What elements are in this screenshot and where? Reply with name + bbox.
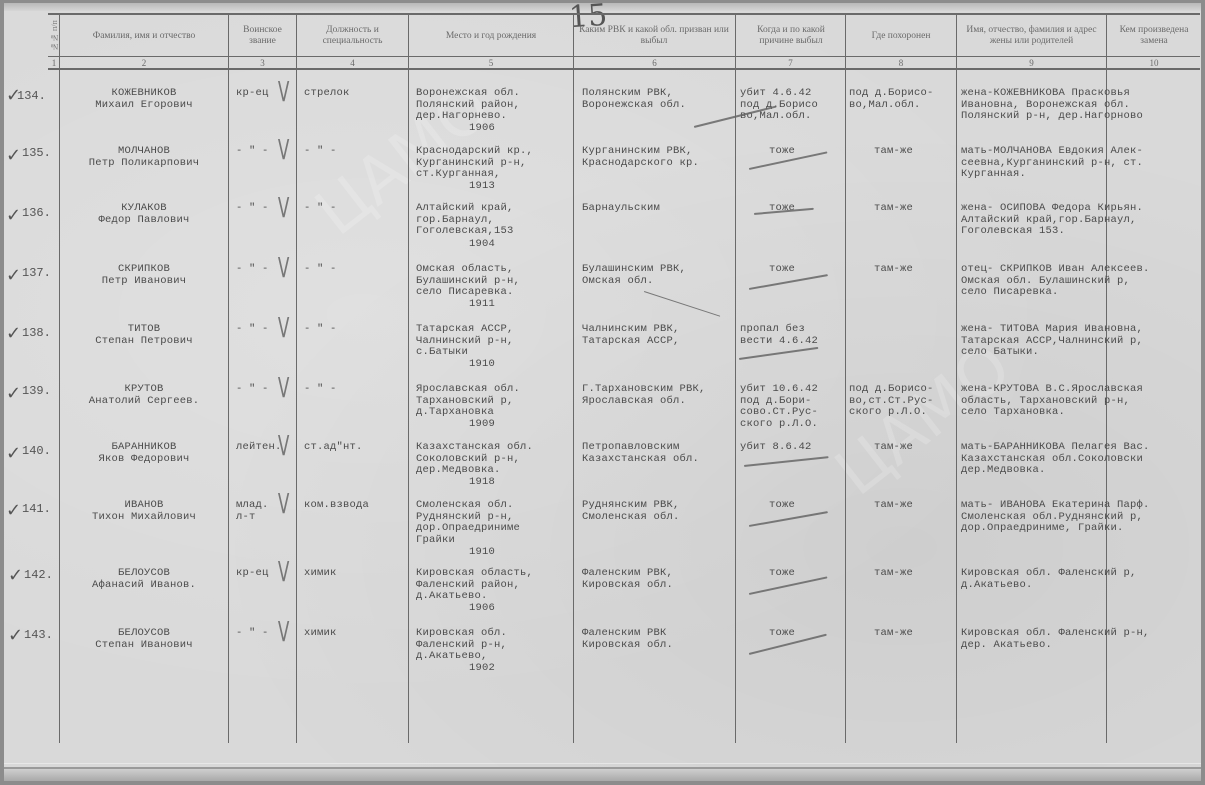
header-col-6-label: Каким РВК и какой обл. призван или выбыл bbox=[579, 15, 729, 57]
rank-check-icon: V bbox=[278, 133, 289, 166]
check-mark-icon: ✓ bbox=[6, 205, 21, 226]
position: - " - bbox=[304, 264, 337, 276]
pencil-stroke bbox=[749, 511, 828, 527]
column-divider bbox=[408, 13, 409, 743]
relatives: Кировская обл. Фаленский р, д.Акатьево. bbox=[961, 568, 1137, 591]
column-divider bbox=[845, 13, 846, 743]
check-mark-icon: ✓ bbox=[8, 625, 23, 646]
military-rank: - " - bbox=[236, 203, 269, 215]
soldier-name: КРУТОВ Анатолий Сергеев. bbox=[64, 384, 224, 407]
check-mark-icon: ✓ bbox=[6, 265, 21, 286]
birth-year: 1906 bbox=[469, 603, 495, 615]
birth-place: Омская область, Булашинский р-н, село Пи… bbox=[416, 264, 520, 299]
position: - " - bbox=[304, 324, 337, 336]
loss-reason: убит 4.6.42 под д.Борисо во,Мал.обл. bbox=[740, 88, 818, 123]
draft-office: Фаленским РВК Кировская обл. bbox=[582, 628, 673, 651]
column-divider bbox=[228, 13, 229, 743]
header-col-8-num: 8 bbox=[846, 58, 956, 68]
birth-place: Кировская область, Фаленский район, д.Ак… bbox=[416, 568, 533, 603]
header-col-5-num: 5 bbox=[409, 58, 573, 68]
birth-place: Смоленская обл. Руднянский р-н, дор.Опра… bbox=[416, 500, 520, 546]
military-rank: - " - bbox=[236, 628, 269, 640]
draft-office: Полянским РВК, Воронежская обл. bbox=[582, 88, 686, 111]
loss-reason: тоже bbox=[769, 146, 795, 158]
birth-year: 1913 bbox=[469, 181, 495, 193]
header-col-3-num: 3 bbox=[229, 58, 296, 68]
check-mark-icon: ✓ bbox=[6, 145, 21, 166]
rank-check-icon: V bbox=[278, 615, 289, 648]
rank-check-icon: V bbox=[278, 75, 289, 108]
relatives: жена-КОЖЕВНИКОВА Прасковья Ивановна, Вор… bbox=[961, 88, 1143, 123]
header-col-4-num: 4 bbox=[297, 58, 408, 68]
birth-year: 1911 bbox=[469, 299, 495, 311]
check-mark-icon: ✓ bbox=[6, 323, 21, 344]
header-col-5-label: Место и год рождения bbox=[409, 15, 573, 57]
position: ком.взвода bbox=[304, 500, 369, 512]
military-rank: кр-ец bbox=[236, 88, 269, 100]
birth-place: Алтайский край, гор.Барнаул, Гоголевская… bbox=[416, 203, 514, 238]
military-rank: млад. л-т bbox=[236, 500, 269, 523]
soldier-name: ИВАНОВ Тихон Михайлович bbox=[64, 500, 224, 523]
position: ст.ад"нт. bbox=[304, 442, 363, 454]
row-number: 142. bbox=[24, 568, 53, 582]
relatives: жена-КРУТОВА В.С.Ярославская область, Та… bbox=[961, 384, 1143, 419]
birth-year: 1910 bbox=[469, 547, 495, 559]
draft-office: Руднянским РВК, Смоленская обл. bbox=[582, 500, 680, 523]
draft-office: Булашинским РВК, Омская обл. bbox=[582, 264, 686, 287]
birth-place: Татарская АССР, Чалнинский р-н, с.Батыки bbox=[416, 324, 514, 359]
relatives: мать-МОЛЧАНОВА Евдокия Алек- сеевна,Кург… bbox=[961, 146, 1143, 181]
draft-office: Петропавловским Казахстанская обл. bbox=[582, 442, 699, 465]
relatives: отец- СКРИПКОВ Иван Алексеев. Омская обл… bbox=[961, 264, 1150, 299]
header-col-1-num: 1 bbox=[48, 58, 60, 68]
relatives: жена- ТИТОВА Мария Ивановна, Татарская А… bbox=[961, 324, 1143, 359]
pencil-stroke bbox=[644, 291, 720, 317]
paper-crease bbox=[4, 763, 1201, 764]
position: химик bbox=[304, 568, 337, 580]
document-page: ЦАМО ЦАМО 15 №№ п/п Фамилия, имя и отчес… bbox=[4, 3, 1201, 781]
relatives: Кировская обл. Фаленский р-н, дер. Акать… bbox=[961, 628, 1150, 651]
military-rank: кр-ец bbox=[236, 568, 269, 580]
rank-check-icon: V bbox=[278, 191, 289, 224]
draft-office: Чалнинским РВК, Татарская АССР, bbox=[582, 324, 680, 347]
loss-reason: пропал без вести 4.6.42 bbox=[740, 324, 818, 347]
row-number: 143. bbox=[24, 628, 53, 642]
header-col-1-label: №№ п/п bbox=[50, 15, 60, 57]
header-col-6-num: 6 bbox=[574, 58, 735, 68]
check-mark-icon: ✓ bbox=[6, 500, 21, 521]
loss-reason: убит 8.6.42 bbox=[740, 442, 812, 454]
row-number: 137. bbox=[22, 266, 51, 280]
row-number: 138. bbox=[22, 326, 51, 340]
row-number: 141. bbox=[22, 502, 51, 516]
header-col-10-num: 10 bbox=[1107, 58, 1201, 68]
burial-place: там-же bbox=[874, 146, 913, 158]
military-rank: - " - bbox=[236, 264, 269, 276]
pencil-stroke bbox=[739, 347, 818, 360]
loss-reason: убит 10.6.42 под д.Бори- сово.Ст.Рус- ск… bbox=[740, 384, 818, 430]
row-number: 134. bbox=[17, 89, 46, 103]
pencil-stroke bbox=[749, 274, 828, 290]
soldier-name: ТИТОВ Степан Петрович bbox=[64, 324, 224, 347]
rank-check-icon: V bbox=[278, 487, 289, 520]
birth-year: 1918 bbox=[469, 477, 495, 489]
check-mark-icon: ✓ bbox=[6, 443, 21, 464]
burial-place: там-же bbox=[874, 264, 913, 276]
soldier-name: БЕЛОУСОВ Афанасий Иванов. bbox=[64, 568, 224, 591]
check-mark-icon: ✓ bbox=[6, 383, 21, 404]
birth-year: 1904 bbox=[469, 239, 495, 251]
column-divider bbox=[956, 13, 957, 743]
birth-place: Кировская обл. Фаленский р-н, д.Акатьево… bbox=[416, 628, 507, 663]
position: - " - bbox=[304, 146, 337, 158]
burial-place: под д.Борисо- во,Мал.обл. bbox=[849, 88, 934, 111]
position: стрелок bbox=[304, 88, 350, 100]
header-col-7-num: 7 bbox=[736, 58, 845, 68]
birth-year: 1909 bbox=[469, 419, 495, 431]
loss-reason: тоже bbox=[769, 264, 795, 276]
rank-check-icon: V bbox=[278, 371, 289, 404]
burial-place: там-же bbox=[874, 500, 913, 512]
burial-place: под д.Борисо- во,ст.Ст.Рус- ского р.Л.О. bbox=[849, 384, 934, 419]
draft-office: Г.Тархановским РВК, Ярославская обл. bbox=[582, 384, 706, 407]
birth-place: Воронежская обл. Полянский район, дер.На… bbox=[416, 88, 520, 123]
row-number: 135. bbox=[22, 146, 51, 160]
burial-place: там-же bbox=[874, 568, 913, 580]
birth-year: 1910 bbox=[469, 359, 495, 371]
draft-office: Курганинским РВК, Краснодарского кр. bbox=[582, 146, 699, 169]
header-col-8-label: Где похоронен bbox=[846, 15, 956, 57]
burial-place: там-же bbox=[874, 628, 913, 640]
birth-place: Казахстанская обл. Соколовский р-н, дер.… bbox=[416, 442, 533, 477]
position: - " - bbox=[304, 384, 337, 396]
check-mark-icon: ✓ bbox=[8, 565, 23, 586]
column-divider bbox=[59, 13, 60, 743]
military-rank: - " - bbox=[236, 324, 269, 336]
burial-place: там-же bbox=[874, 203, 913, 215]
soldier-name: СКРИПКОВ Петр Иванович bbox=[64, 264, 224, 287]
column-divider bbox=[296, 13, 297, 743]
draft-office: Барнаульским bbox=[582, 203, 660, 215]
birth-year: 1906 bbox=[469, 123, 495, 135]
relatives: мать- ИВАНОВА Екатерина Парф. Смоленская… bbox=[961, 500, 1150, 535]
soldier-name: МОЛЧАНОВ Петр Поликарпович bbox=[64, 146, 224, 169]
column-divider bbox=[735, 13, 736, 743]
relatives: мать-БАРАННИКОВА Пелагея Вас. Казахстанс… bbox=[961, 442, 1150, 477]
page-bottom-edge bbox=[4, 767, 1201, 781]
row-number: 136. bbox=[22, 206, 51, 220]
header-col-7-label: Когда и по какой причине выбыл bbox=[739, 15, 843, 57]
soldier-name: КУЛАКОВ Федор Павлович bbox=[64, 203, 224, 226]
column-divider bbox=[573, 13, 574, 743]
birth-place: Краснодарский кр., Курганинский р-н, ст.… bbox=[416, 146, 533, 181]
row-number: 139. bbox=[22, 384, 51, 398]
header-bottom-rule bbox=[48, 68, 1200, 70]
draft-office: Фаленским РВК, Кировская обл. bbox=[582, 568, 673, 591]
loss-reason: тоже bbox=[769, 500, 795, 512]
relatives: жена- ОСИПОВА Федора Кирьян. Алтайский к… bbox=[961, 203, 1143, 238]
header-col-9-label: Имя, отчество, фамилия и адрес жены или … bbox=[957, 15, 1106, 57]
military-rank: лейтен. bbox=[236, 442, 282, 454]
pencil-stroke bbox=[744, 456, 829, 467]
position: химик bbox=[304, 628, 337, 640]
soldier-name: БАРАННИКОВ Яков Федорович bbox=[64, 442, 224, 465]
header-col-10-label: Кем произведена замена bbox=[1107, 15, 1201, 57]
birth-year: 1902 bbox=[469, 663, 495, 675]
header-col-4-label: Должность и специальность bbox=[297, 15, 408, 57]
header-col-2-num: 2 bbox=[60, 58, 228, 68]
rank-check-icon: V bbox=[278, 429, 289, 462]
military-rank: - " - bbox=[236, 384, 269, 396]
birth-place: Ярославская обл. Тархановский р, д.Тарха… bbox=[416, 384, 520, 419]
rank-check-icon: V bbox=[278, 555, 289, 588]
burial-place: там-же bbox=[874, 442, 913, 454]
header-col-9-num: 9 bbox=[957, 58, 1106, 68]
rank-check-icon: V bbox=[278, 311, 289, 344]
soldier-name: БЕЛОУСОВ Степан Иванович bbox=[64, 628, 224, 651]
row-number: 140. bbox=[22, 444, 51, 458]
position: - " - bbox=[304, 203, 337, 215]
rank-check-icon: V bbox=[278, 251, 289, 284]
loss-reason: тоже bbox=[769, 628, 795, 640]
soldier-name: КОЖЕВНИКОВ Михаил Егорович bbox=[64, 88, 224, 111]
loss-reason: тоже bbox=[769, 568, 795, 580]
header-col-3-label: Воинское звание bbox=[229, 15, 296, 57]
military-rank: - " - bbox=[236, 146, 269, 158]
header-col-2-label: Фамилия, имя и отчество bbox=[60, 15, 228, 57]
